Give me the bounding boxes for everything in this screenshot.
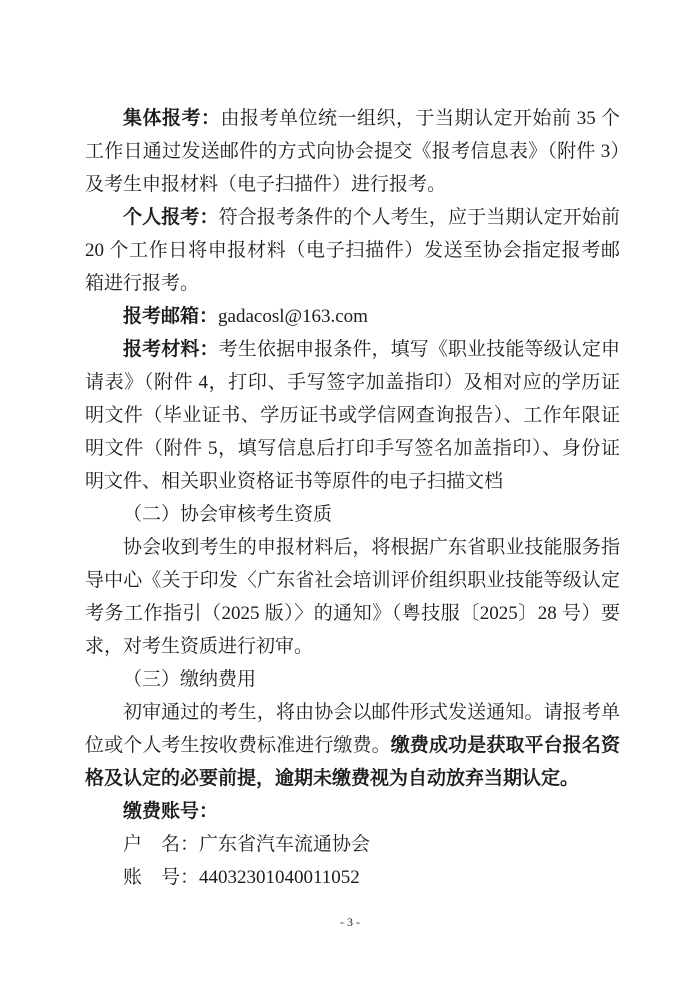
qualification-review-text: 协会收到考生的申报材料后，将根据广东省职业技能服务指导中心《关于印发〈广东省社会… bbox=[85, 537, 620, 657]
individual-register-label: 个人报考： bbox=[123, 207, 219, 228]
section2-heading-text: （二）协会审核考生资质 bbox=[123, 504, 332, 525]
document-body: 集体报考：由报考单位统一组织，于当期认定开始前 35 个工作日通过发送邮件的方式… bbox=[85, 102, 620, 894]
register-materials-text: 考生依据申报条件，填写《职业技能等级认定申请表》（附件 4，打印、手写签字加盖指… bbox=[85, 339, 620, 492]
paragraph-payment: 初审通过的考生，将由协会以邮件形式发送通知。请报考单位或个人考生按收费标准进行缴… bbox=[85, 696, 620, 795]
register-email-address: gadacosl@163.com bbox=[218, 306, 368, 327]
paragraph-payment-account-label: 缴费账号： bbox=[85, 795, 620, 828]
account-number-value: 44032301040011052 bbox=[199, 867, 360, 888]
page-footer: - 3 - bbox=[0, 915, 700, 930]
paragraph-group-register: 集体报考：由报考单位统一组织，于当期认定开始前 35 个工作日通过发送邮件的方式… bbox=[85, 102, 620, 201]
account-name-value: 广东省汽车流通协会 bbox=[199, 834, 370, 855]
payment-account-label: 缴费账号： bbox=[123, 801, 218, 822]
paragraph-register-email: 报考邮箱：gadacosl@163.com bbox=[85, 300, 620, 333]
document-page: 集体报考：由报考单位统一组织，于当期认定开始前 35 个工作日通过发送邮件的方式… bbox=[0, 0, 700, 990]
section2-heading: （二）协会审核考生资质 bbox=[85, 498, 620, 531]
group-register-label: 集体报考： bbox=[123, 108, 221, 129]
register-materials-label: 报考材料： bbox=[123, 339, 219, 360]
paragraph-account-name: 户 名：广东省汽车流通协会 bbox=[85, 828, 620, 861]
register-email-label: 报考邮箱： bbox=[123, 306, 218, 327]
account-number-label: 账 号： bbox=[123, 867, 199, 888]
account-name-label: 户 名： bbox=[123, 834, 199, 855]
section3-heading-text: （三）缴纳费用 bbox=[123, 669, 256, 690]
paragraph-individual-register: 个人报考：符合报考条件的个人考生，应于当期认定开始前 20 个工作日将申报材料（… bbox=[85, 201, 620, 300]
page-number: - 3 - bbox=[340, 915, 360, 929]
paragraph-account-number: 账 号：44032301040011052 bbox=[85, 861, 620, 894]
section3-heading: （三）缴纳费用 bbox=[85, 663, 620, 696]
paragraph-register-materials: 报考材料：考生依据申报条件，填写《职业技能等级认定申请表》（附件 4，打印、手写… bbox=[85, 333, 620, 498]
paragraph-qualification-review: 协会收到考生的申报材料后，将根据广东省职业技能服务指导中心《关于印发〈广东省社会… bbox=[85, 531, 620, 663]
